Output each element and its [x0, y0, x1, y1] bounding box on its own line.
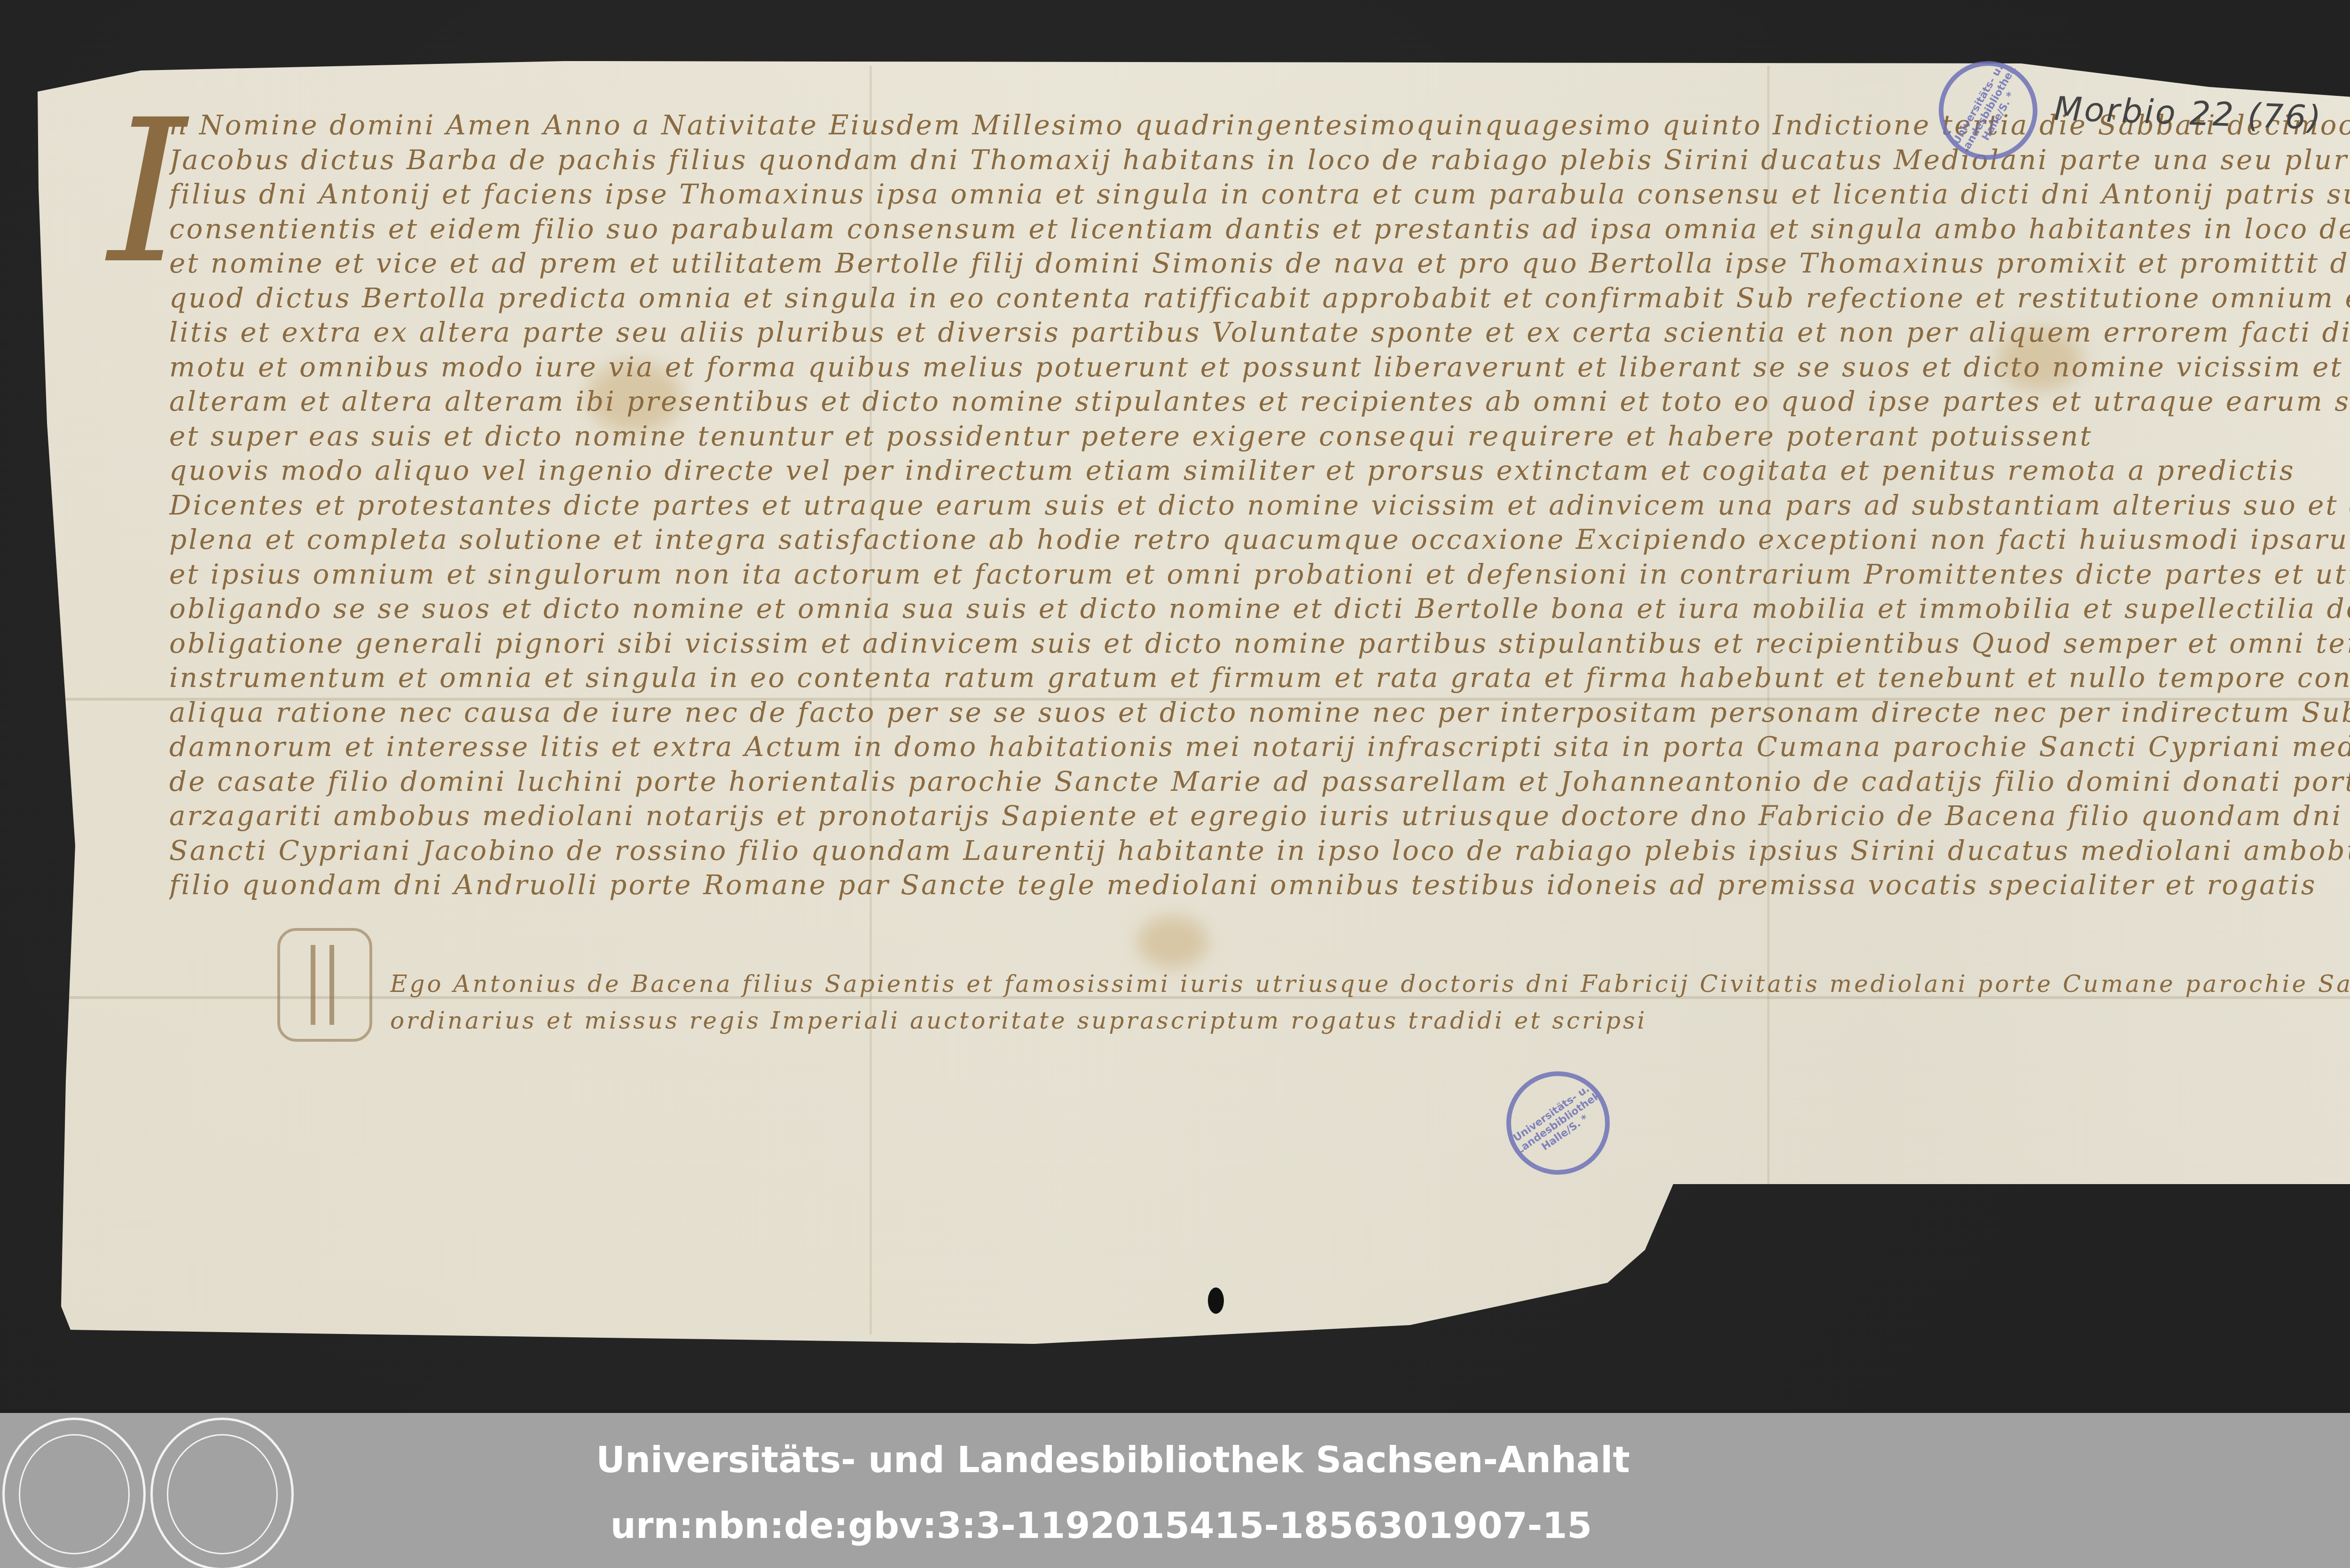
text-line: Dicentes et protestantes dicte partes et… — [169, 488, 2350, 523]
charter-text: n Nomine domini Amen Anno a Nativitate E… — [169, 108, 2350, 903]
text-line: filius dni Antonij et faciens ipse Thoma… — [169, 177, 2350, 212]
text-line: damnorum et interesse litis et extra Act… — [169, 730, 2350, 764]
text-line: instrumentum et omnia et singula in eo c… — [169, 661, 2350, 695]
text-line: obligatione generali pignori sibi viciss… — [169, 626, 2350, 661]
footer-bar: Universitäts- und Landesbibliothek Sachs… — [0, 1413, 2350, 1568]
text-line: quovis modo aliquo vel ingenio directe v… — [169, 453, 2350, 488]
text-line: et nomine et vice et ad prem et utilitat… — [169, 246, 2350, 281]
subscription-line: Ego Antonius de Bacena filius Sapientis … — [390, 966, 2350, 1002]
notary-signum-icon — [277, 928, 372, 1042]
stain — [1137, 916, 1208, 968]
text-line: consentientis et eidem filio suo parabul… — [169, 212, 2350, 247]
parchment-hole — [1208, 1287, 1224, 1314]
notary-subscription: Ego Antonius de Bacena filius Sapientis … — [390, 966, 2350, 1039]
institution-name: Universitäts- und Landesbibliothek Sachs… — [0, 1439, 2350, 1481]
text-line: obligando se se suos et dicto nomine et … — [169, 592, 2350, 626]
text-line: et ipsius omnium et singulorum non ita a… — [169, 557, 2350, 592]
subscription-line: ordinarius et missus regis Imperiali auc… — [390, 1002, 2350, 1039]
text-line: aliqua ratione nec causa de iure nec de … — [169, 695, 2350, 730]
text-line: et super eas suis et dicto nomine tenunt… — [169, 419, 2350, 454]
text-line: quod dictus Bertolla predicta omnia et s… — [169, 281, 2350, 316]
urn-identifier: urn:nbn:de:gbv:3:3-1192015415-1856301907… — [0, 1505, 2350, 1546]
text-line: Sancti Cypriani Jacobino de rossino fili… — [169, 834, 2350, 868]
text-line: alteram et altera alteram ibi presentibu… — [169, 384, 2350, 419]
text-line: motu et omnibus modo iure via et forma q… — [169, 350, 2350, 385]
text-line: Jacobus dictus Barba de pachis filius qu… — [169, 143, 2350, 178]
text-line: filio quondam dni Andruolli porte Romane… — [169, 868, 2350, 903]
text-line: plena et completa solutione et integra s… — [169, 523, 2350, 557]
text-line: de casate filio domini luchini porte hor… — [169, 764, 2350, 799]
text-line: litis et extra ex altera parte seu aliis… — [169, 315, 2350, 350]
text-line: arzagariti ambobus mediolani notarijs et… — [169, 799, 2350, 834]
